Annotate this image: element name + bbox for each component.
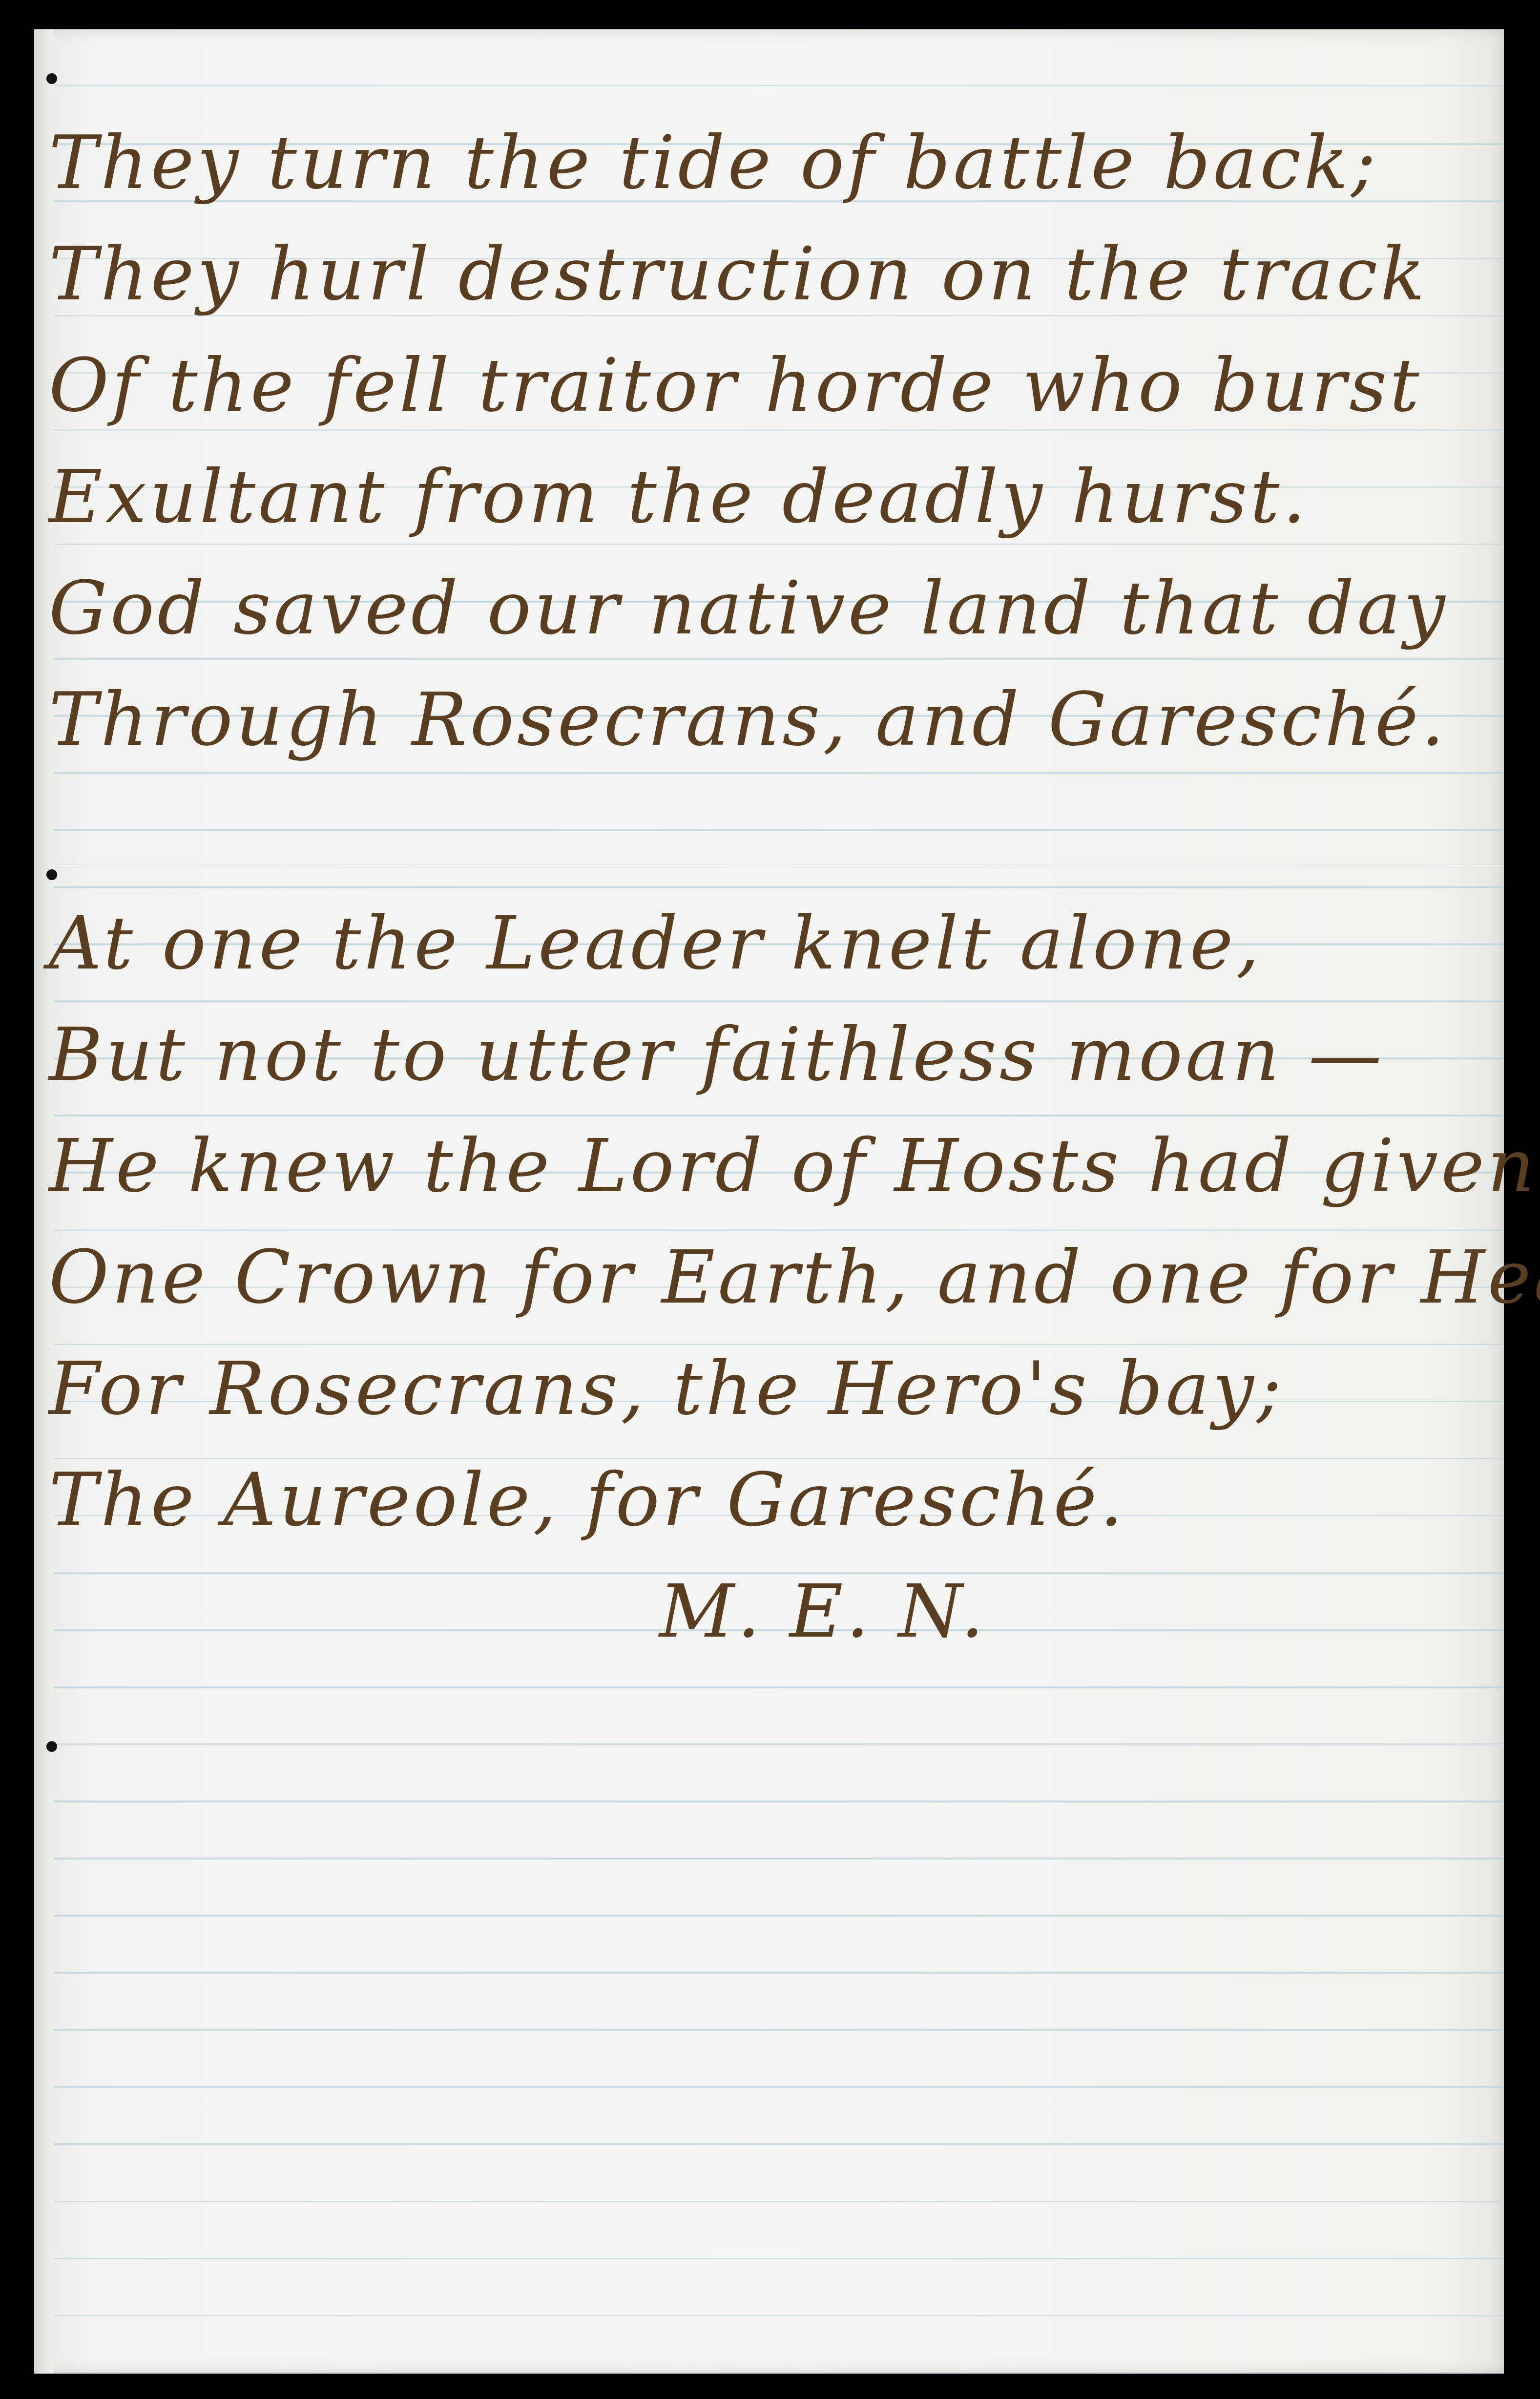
poem-text: They turn the tide of battle back; They … bbox=[49, 107, 1489, 1667]
poem-line: They hurl destruction on the track bbox=[49, 219, 1489, 330]
poem-line: For Rosecrans, the Hero's bay; bbox=[49, 1333, 1489, 1445]
stanza-2: At one the Leader knelt alone, But not t… bbox=[49, 888, 1489, 1556]
stanza-1: They turn the tide of battle back; They … bbox=[49, 107, 1489, 776]
poem-line: Exultant from the deadly hurst. bbox=[49, 442, 1489, 553]
pin-hole-icon bbox=[46, 1741, 57, 1752]
poem-line: Of the fell traitor horde who burst bbox=[49, 330, 1489, 442]
stanza-break bbox=[49, 776, 1489, 888]
fold-line bbox=[34, 1744, 1504, 1747]
signature: M. E. N. bbox=[49, 1556, 1489, 1667]
poem-line: They turn the tide of battle back; bbox=[49, 107, 1489, 219]
poem-line: The Aureole, for Garesché. bbox=[49, 1445, 1489, 1556]
poem-line: He knew the Lord of Hosts had given bbox=[49, 1111, 1489, 1222]
poem-line: At one the Leader knelt alone, bbox=[49, 888, 1489, 999]
poem-line: But not to utter faithless moan — bbox=[49, 999, 1489, 1111]
pin-hole-icon bbox=[46, 73, 57, 84]
poem-line: Through Rosecrans, and Garesché. bbox=[49, 664, 1489, 776]
scan-border bbox=[0, 0, 34, 2399]
poem-line: One Crown for Earth, and one for Heaven … bbox=[49, 1222, 1489, 1333]
poem-line: God saved our native land that day bbox=[49, 553, 1489, 664]
